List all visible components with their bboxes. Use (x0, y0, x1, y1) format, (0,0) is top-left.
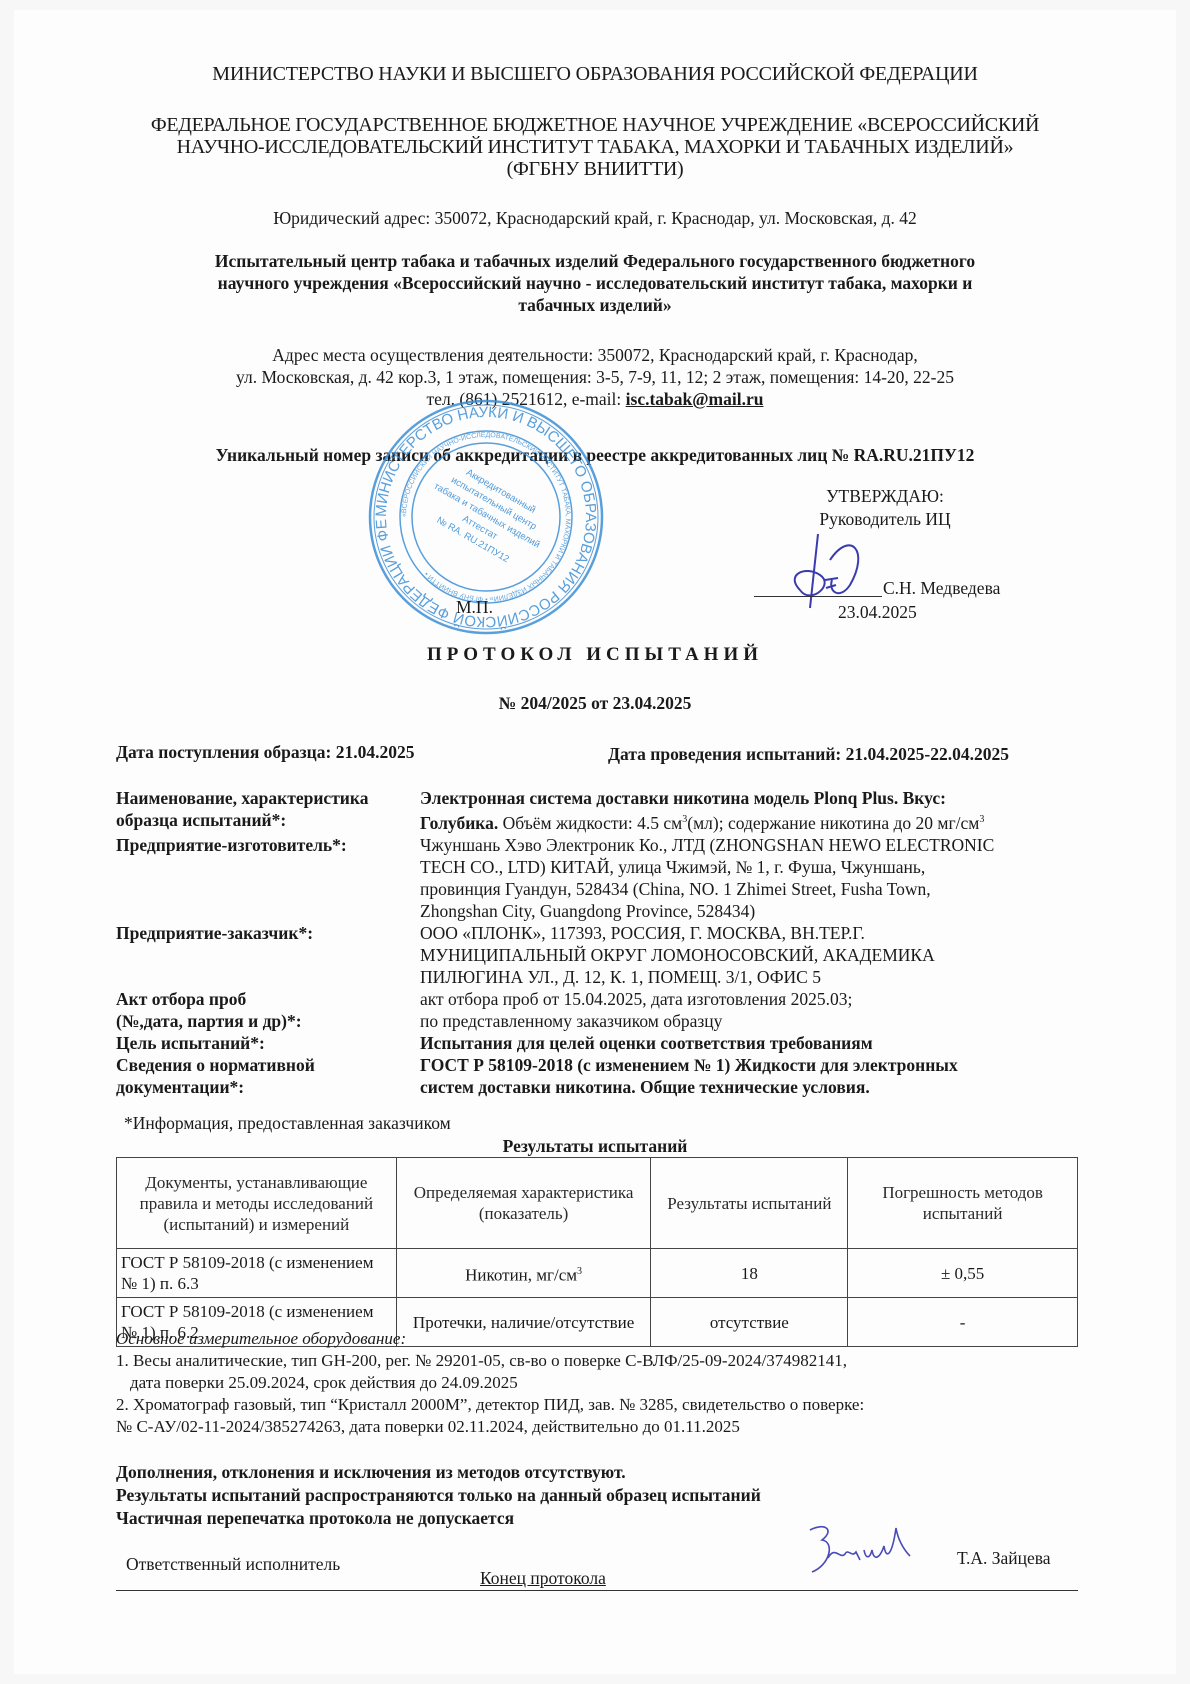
equipment-section: Основное измерительное оборудование: 1. … (116, 1328, 1096, 1438)
ministry-heading: МИНИСТЕРСТВО НАУКИ И ВЫСШЕГО ОБРАЗОВАНИЯ… (0, 63, 1190, 86)
column-header: Погрешность методов испытаний (848, 1158, 1078, 1249)
table-row: ГОСТ Р 58109-2018 (с изменением № 1) п. … (117, 1249, 1078, 1298)
results-table: Документы, устанавливающие правила и мет… (116, 1157, 1078, 1347)
column-header: Определяемая характеристика (показатель) (396, 1158, 651, 1249)
footnote: *Информация, предоставленная заказчиком (124, 1113, 451, 1134)
end-of-protocol: Конец протокола (478, 1568, 608, 1589)
stamp-place-label: М.П. (456, 597, 493, 618)
table-header-row: Документы, устанавливающие правила и мет… (117, 1158, 1078, 1249)
email-link[interactable]: isc.tabak@mail.ru (626, 389, 764, 409)
protocol-number: № 204/2025 от 23.04.2025 (0, 693, 1190, 714)
responsible-name: Т.А. Зайцева (957, 1548, 1051, 1569)
results-title: Результаты испытаний (0, 1136, 1190, 1157)
sample-received-date: Дата поступления образца: 21.04.2025 (116, 742, 414, 763)
notes-section: Дополнения, отклонения и исключения из м… (116, 1461, 761, 1530)
institution-heading: ФЕДЕРАЛЬНОЕ ГОСУДАРСТВЕННОЕ БЮДЖЕТНОЕ НА… (120, 114, 1070, 180)
column-header: Результаты испытаний (651, 1158, 848, 1249)
testing-center-name: Испытательный центр табака и табачных из… (150, 250, 1040, 316)
protocol-title: ПРОТОКОЛ ИСПЫТАНИЙ (0, 644, 1190, 666)
responsible-label: Ответственный исполнитель (126, 1554, 340, 1575)
executor-signature-icon (800, 1520, 920, 1580)
customer-value: ООО «ПЛОНК», 117393, РОССИЯ, Г. МОСКВА, … (420, 922, 1076, 988)
column-header: Документы, устанавливающие правила и мет… (117, 1158, 397, 1249)
test-dates: Дата проведения испытаний: 21.04.2025-22… (608, 744, 1009, 765)
approval-block: УТВЕРЖДАЮ: Руководитель ИЦ (790, 485, 980, 531)
sample-info: Наименование, характеристика Электронная… (116, 787, 1076, 1098)
approval-signature-line (754, 596, 882, 597)
approver-name: С.Н. Медведева (883, 578, 1000, 599)
signature-icon (780, 530, 890, 610)
approval-date: 23.04.2025 (838, 602, 917, 623)
manufacturer-value: Чжуншань Хэво Электроник Ко., ЛТД (ZHONG… (420, 834, 1076, 922)
end-divider (116, 1590, 1078, 1591)
legal-address: Юридический адрес: 350072, Краснодарский… (0, 208, 1190, 229)
